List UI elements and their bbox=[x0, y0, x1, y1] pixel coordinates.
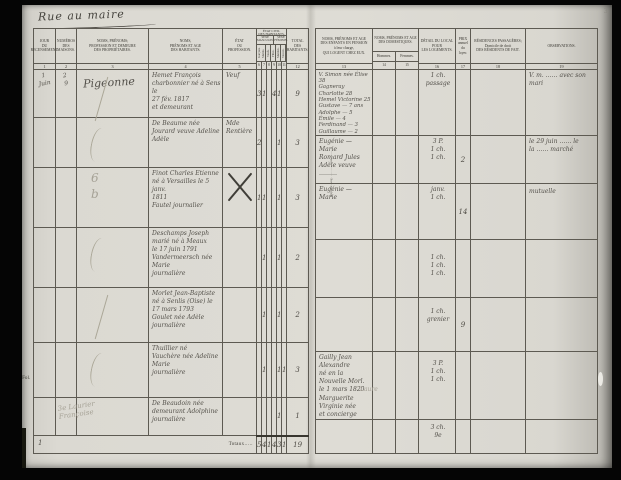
table-row: Eugénie — Marie Romard Jules Adèle veuve… bbox=[316, 136, 598, 184]
cell-jour bbox=[34, 118, 56, 168]
cell-observations bbox=[526, 352, 598, 420]
column-number: 13 bbox=[316, 63, 372, 69]
handwriting: De Beaume née Jourard veuve Adeline Adèl… bbox=[149, 118, 222, 144]
cell-femmes bbox=[396, 298, 419, 352]
column-number: 17 bbox=[456, 63, 470, 69]
left-census-table: JOUR DU RECENSEMENT.1 NUMÉROS DES MAISON… bbox=[33, 28, 309, 454]
handwriting: V. Simon née Élise 38 Gagneray Charlotte… bbox=[316, 70, 372, 135]
cell-etat bbox=[223, 228, 257, 288]
pencil-handwriting: 6 b bbox=[77, 168, 148, 202]
cell-residences bbox=[471, 184, 526, 240]
cell-observations bbox=[526, 298, 598, 352]
cell-numero bbox=[56, 288, 77, 343]
hommes-label: Hommes. bbox=[373, 52, 395, 61]
cell-proprietaire: Pigeonne bbox=[77, 70, 149, 118]
cell-proprietaire bbox=[77, 228, 149, 288]
header-row: JOUR DU RECENSEMENT.1 NUMÉROS DES MAISON… bbox=[34, 29, 309, 70]
handwriting: 2 9 bbox=[55, 68, 78, 89]
table-row: Morlet Jean-Baptiste né à Senlis (Oise) … bbox=[34, 288, 309, 343]
header-row: NOMS, PRÉNOMS ET AGE DES ENFANTS EN PENS… bbox=[316, 29, 598, 70]
cell-residences bbox=[471, 240, 526, 298]
handwriting: Hemet François charbonnier né à Sens le … bbox=[149, 70, 222, 112]
cell-etat bbox=[223, 288, 257, 343]
column-number: 11 bbox=[281, 62, 286, 69]
col-header-proprietaires: NOMS, PRÉNOMS; PROFESSION ET DEMEURE DES… bbox=[77, 29, 149, 70]
column-number: 14 bbox=[373, 62, 395, 69]
cell-total: 3 bbox=[287, 118, 309, 168]
handwriting: 1 ch. passage bbox=[419, 70, 455, 88]
cell-prix: 2 bbox=[456, 136, 471, 184]
cell-residences bbox=[471, 352, 526, 420]
header-label: NUMÉROS DES MAISONS. bbox=[56, 29, 76, 63]
cell-residences bbox=[471, 70, 526, 136]
cell-numero bbox=[56, 168, 77, 228]
handwriting: 1 ch. grenier bbox=[419, 298, 455, 324]
cell-prix bbox=[456, 70, 471, 136]
cell-etat: Veuf bbox=[223, 70, 257, 118]
cell-numero bbox=[56, 118, 77, 168]
handwriting: De Beaudoin née demeurant Adolphine jour… bbox=[149, 398, 222, 424]
table-row: Deschamps Joseph marié né à Meaux le 17 … bbox=[34, 228, 309, 288]
col-header-locataires: NOMS, PRÉNOMS ET AGE DES ENFANTS EN PENS… bbox=[316, 29, 373, 70]
cell-habitants: Hemet François charbonnier né à Sens le … bbox=[149, 70, 223, 118]
handwriting: mutuelle bbox=[526, 184, 597, 196]
header-label: NOMS, PRÉNOMS ET AGE DES ENFANTS EN PENS… bbox=[316, 29, 372, 63]
col-header-residences: RÉSIDENCES PASSAGÈRES; Domicile de droit… bbox=[471, 29, 526, 70]
right-census-table: NOMS, PRÉNOMS ET AGE DES ENFANTS EN PENS… bbox=[315, 28, 598, 454]
pencil-flourish bbox=[95, 295, 109, 339]
cell-habitants: De Beaume née Jourard veuve Adeline Adèl… bbox=[149, 118, 223, 168]
pencil-flourish bbox=[88, 237, 110, 273]
pencil-flourish bbox=[88, 352, 110, 388]
cell-femmes bbox=[396, 70, 419, 136]
cell-residences bbox=[471, 136, 526, 184]
cell-local: 3 P. 1 ch. 1 ch. bbox=[419, 136, 456, 184]
handwriting: Deschamps Joseph marié né à Meaux le 17 … bbox=[149, 228, 222, 279]
cell-jour bbox=[34, 398, 56, 436]
totals-row: Totaux….. 5 4 1 4 3 1 19 bbox=[34, 436, 309, 454]
header-label: DÉTAIL DU LOCAL POUR LES LOGEMENTS. bbox=[419, 29, 455, 63]
table-row: 6 b Finot Charles Etienne né à Versaille… bbox=[34, 168, 309, 228]
cell-numero: 3e Laurier Françoise bbox=[56, 398, 77, 436]
column-number: 12 bbox=[287, 63, 308, 69]
cell-locataires bbox=[316, 240, 373, 298]
sexe-feminin-label: SEXE FÉMININ. bbox=[273, 36, 287, 44]
cell-jour bbox=[34, 343, 56, 398]
col-header-local: DÉTAIL DU LOCAL POUR LES LOGEMENTS.16 bbox=[419, 29, 456, 70]
cell-prix: 14 bbox=[456, 184, 471, 240]
cell-femmes bbox=[396, 352, 419, 420]
cell-numero bbox=[56, 343, 77, 398]
cell-habitants: Finot Charles Etienne né à Versailles le… bbox=[149, 168, 223, 228]
cell-habitants: Morlet Jean-Baptiste né à Senlis (Oise) … bbox=[149, 288, 223, 343]
cell-total: 3 bbox=[287, 343, 309, 398]
col-header-total: TOTAL DES HABITANTS.12 bbox=[287, 29, 309, 70]
cell-local: 1 ch. 1 ch. 1 ch. bbox=[419, 240, 456, 298]
cell-hommes bbox=[373, 184, 396, 240]
col-header-observations: OBSERVATIONS.19 bbox=[526, 29, 598, 70]
handwriting: janv. 1 ch. bbox=[419, 184, 455, 202]
cell-observations: mutuelle bbox=[526, 184, 598, 240]
table-row: 3 ch. 9e bbox=[316, 419, 598, 453]
table-row: V. Simon née Élise 38 Gagneray Charlotte… bbox=[316, 70, 598, 136]
col-header-etat-civil: ÉTAT CIVIL DES HABITANTS. SEXE MASCULIN.… bbox=[257, 29, 287, 70]
column-number: 5 bbox=[223, 63, 256, 69]
cell-locataires: Eugénie — Marie Romard Jules Adèle veuve… bbox=[316, 136, 373, 184]
cell-local: 3 ch. 9e bbox=[419, 419, 456, 453]
cell-locataires bbox=[316, 419, 373, 453]
handwriting: 3 ch. 9e bbox=[419, 420, 455, 440]
col-header-etat: ÉTAT OU PROFESSION.5 bbox=[223, 29, 257, 70]
column-number: 4 bbox=[149, 63, 222, 69]
cell-jour: 1 Juin bbox=[34, 70, 56, 118]
cell-residences bbox=[471, 298, 526, 352]
cell-hommes bbox=[373, 298, 396, 352]
header-label: ÉTAT OU PROFESSION. bbox=[223, 29, 256, 63]
cell-etat bbox=[223, 168, 257, 228]
torn-edge-shadow bbox=[22, 428, 26, 468]
handwriting: Eugénie — Marie bbox=[316, 184, 372, 202]
header-label: PRIX annuel du loyer. bbox=[456, 29, 470, 63]
cell-observations: le 29 juin …… le la …… marché bbox=[526, 136, 598, 184]
handwriting: 1 Juin bbox=[33, 68, 57, 90]
cell-jour bbox=[34, 168, 56, 228]
handwriting: 1 ch. 1 ch. 1 ch. bbox=[419, 240, 455, 278]
cell-residences bbox=[471, 419, 526, 453]
handwriting: Morlet Jean-Baptiste né à Senlis (Oise) … bbox=[149, 288, 222, 330]
col-header-domestiques: NOMS, PRÉNOMS ET AGE DES DOMESTIQUES. Ho… bbox=[373, 29, 419, 70]
col-header-jour: JOUR DU RECENSEMENT.1 bbox=[34, 29, 56, 70]
cell-local: 3 P. 1 ch. 1 ch. bbox=[419, 352, 456, 420]
col-header-numero: NUMÉROS DES MAISONS.2 bbox=[56, 29, 77, 70]
handwriting: Veuf bbox=[223, 70, 256, 80]
cell-femmes bbox=[396, 184, 419, 240]
cell-local: 1 ch. grenier bbox=[419, 298, 456, 352]
crossed-out-mark bbox=[226, 171, 254, 203]
column-number: 19 bbox=[526, 63, 597, 69]
cell-total: 9 bbox=[287, 70, 309, 118]
handwriting: 3 P. 1 ch. 1 ch. bbox=[419, 136, 455, 162]
cell-femmes bbox=[396, 136, 419, 184]
cell-locataires: Gailly Jean Alexandre né en la Nouvelle … bbox=[316, 352, 373, 420]
pencil-flourish bbox=[88, 127, 110, 163]
cell-proprietaire bbox=[77, 343, 149, 398]
cell-etat: Mde Rentière bbox=[223, 118, 257, 168]
cell-locataires: Eugénie — Marie bbox=[316, 184, 373, 240]
header-label: NOMS, PRÉNOMS; PROFESSION ET DEMEURE DES… bbox=[77, 29, 148, 63]
column-number: 15 bbox=[395, 62, 418, 69]
cell-prix: 9 bbox=[456, 298, 471, 352]
table-row: 1 Juin 2 9 Pigeonne Hemet François charb… bbox=[34, 70, 309, 118]
table-row: Gailly Jean Alexandre né en la Nouvelle … bbox=[316, 352, 598, 420]
cell-locataires: V. Simon née Élise 38 Gagneray Charlotte… bbox=[316, 70, 373, 136]
col-header-habitants: NOMS, PRÉNOMS ET AGE DES HABITANTS.4 bbox=[149, 29, 223, 70]
header-label: NOMS, PRÉNOMS ET AGE DES HABITANTS. bbox=[149, 29, 222, 63]
table-row: Eugénie — Marie janv. 1 ch. 14 mutuelle bbox=[316, 184, 598, 240]
cell-habitants: De Beaudoin née demeurant Adolphine jour… bbox=[149, 398, 223, 436]
cell-locataires bbox=[316, 298, 373, 352]
femmes-label: Femmes. bbox=[395, 52, 418, 61]
cell-femmes bbox=[396, 419, 419, 453]
sub-label-veuves: Veuves. bbox=[281, 45, 286, 61]
cell-proprietaire: 6 b bbox=[77, 168, 149, 228]
cell-hommes bbox=[373, 419, 396, 453]
cell-local: 1 ch. passage bbox=[419, 70, 456, 136]
sexe-masculin-label: SEXE MASCULIN. bbox=[257, 36, 273, 44]
folio-label: Fol. bbox=[22, 375, 30, 381]
cell-hommes bbox=[373, 240, 396, 298]
cell-hommes bbox=[373, 70, 396, 136]
cell-prix bbox=[456, 419, 471, 453]
cell-femmes bbox=[396, 240, 419, 298]
cell-observations: V. m. …… avec son mari bbox=[526, 70, 598, 136]
cell-habitants: Deschamps Joseph marié né à Meaux le 17 … bbox=[149, 228, 223, 288]
handwriting: Eugénie — Marie Romard Jules Adèle veuve… bbox=[316, 136, 372, 178]
table-row: 3e Laurier Françoise De Beaudoin née dem… bbox=[34, 398, 309, 436]
cell-numero: 2 9 bbox=[56, 70, 77, 118]
cell-proprietaire bbox=[77, 398, 149, 436]
cell-observations bbox=[526, 419, 598, 453]
column-number: 16 bbox=[419, 63, 455, 69]
cell-total: 2 bbox=[287, 228, 309, 288]
table-row: 1 ch. 1 ch. 1 ch. bbox=[316, 240, 598, 298]
handwriting: Mde Rentière bbox=[223, 118, 256, 136]
table-row: Thuillier né Vauchère née Adeline Marie … bbox=[34, 343, 309, 398]
handwriting: Finot Charles Etienne né à Versailles le… bbox=[149, 168, 222, 210]
scan-glare bbox=[598, 372, 603, 386]
cell-proprietaire bbox=[77, 288, 149, 343]
handwriting: 3 P. 1 ch. 1 ch. bbox=[419, 352, 455, 384]
grand-total: 19 bbox=[287, 436, 309, 454]
header-label: JOUR DU RECENSEMENT. bbox=[34, 29, 55, 63]
cell-etat bbox=[223, 398, 257, 436]
cell-hommes bbox=[373, 352, 396, 420]
cell-habitants: Thuillier né Vauchère née Adeline Marie … bbox=[149, 343, 223, 398]
cell-local: janv. 1 ch. bbox=[419, 184, 456, 240]
handwriting: Pigeonne bbox=[77, 68, 149, 93]
cell-etat bbox=[223, 343, 257, 398]
handwriting: V. m. …… avec son mari bbox=[526, 70, 597, 88]
cell-prix bbox=[456, 240, 471, 298]
cell-total: 2 bbox=[287, 288, 309, 343]
cell-observations bbox=[526, 240, 598, 298]
header-label: RÉSIDENCES PASSAGÈRES; Domicile de droit… bbox=[471, 29, 525, 63]
handwriting: le 29 juin …… le la …… marché bbox=[526, 136, 597, 154]
col-header-prix: PRIX annuel du loyer.17 bbox=[456, 29, 471, 70]
page-number: 3 bbox=[604, 7, 608, 15]
header-label: OBSERVATIONS. bbox=[526, 29, 597, 63]
domestiques-title: NOMS, PRÉNOMS ET AGE DES DOMESTIQUES. bbox=[373, 29, 418, 51]
header-label: TOTAL DES HABITANTS. bbox=[287, 29, 308, 63]
table-row: 1 ch. grenier 9 bbox=[316, 298, 598, 352]
cell-numero bbox=[56, 228, 77, 288]
table-row: De Beaume née Jourard veuve Adeline Adèl… bbox=[34, 118, 309, 168]
cell-proprietaire bbox=[77, 118, 149, 168]
cell-hommes bbox=[373, 136, 396, 184]
totaux-label: Totaux….. bbox=[34, 436, 257, 454]
cell-jour bbox=[34, 228, 56, 288]
handwriting: Thuillier né Vauchère née Adeline Marie … bbox=[149, 343, 222, 377]
column-number: 18 bbox=[471, 63, 525, 69]
cell-prix bbox=[456, 352, 471, 420]
cell-total: 3 bbox=[287, 168, 309, 228]
cell-jour bbox=[34, 288, 56, 343]
cell-total: 1 bbox=[287, 398, 309, 436]
